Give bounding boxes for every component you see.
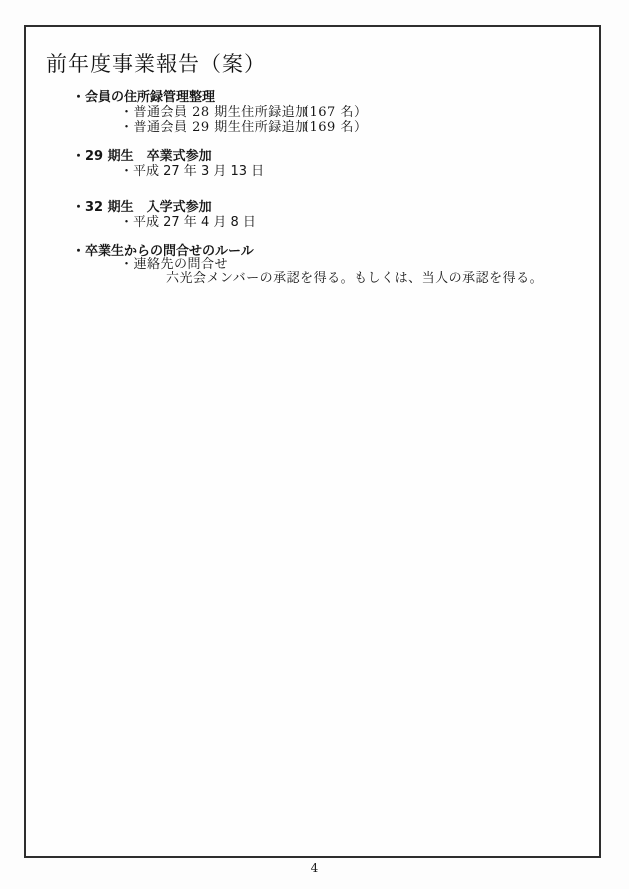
page-number: 4 [0, 861, 629, 875]
section-heading-entrance-ceremony: ・32 期生 入学式参加 [72, 201, 212, 215]
page-title: 前年度事業報告（案） [46, 50, 266, 78]
list-item-graduation-date: ・平成 27 年 3 月 13 日 [120, 165, 264, 179]
list-item-approval-rule: 六光会メンバーの承認を得る。もしくは、当人の承認を得る。 [166, 272, 543, 286]
list-item-text: ・普通会員 28 期生住所録追加 [120, 105, 309, 120]
list-item-contact-inquiry: ・連絡先の問合せ [120, 258, 228, 272]
section-heading-membership-directory: ・会員の住所録管理整理 [72, 91, 215, 105]
list-item-entrance-date: ・平成 27 年 4 月 8 日 [120, 216, 256, 230]
document-page: { "page": { "title": "前年度事業報告（案）", "page… [0, 0, 629, 889]
section-heading-graduation-ceremony: ・29 期生 卒業式参加 [72, 150, 212, 164]
member-count-note: （169 名） [296, 121, 367, 135]
member-count-note: （167 名） [296, 106, 367, 120]
list-item-text: ・普通会員 29 期生住所録追加 [120, 120, 309, 135]
list-item-member-29: ・普通会員 29 期生住所録追加 （169 名） [120, 121, 309, 135]
list-item-member-28: ・普通会員 28 期生住所録追加 （167 名） [120, 106, 309, 120]
